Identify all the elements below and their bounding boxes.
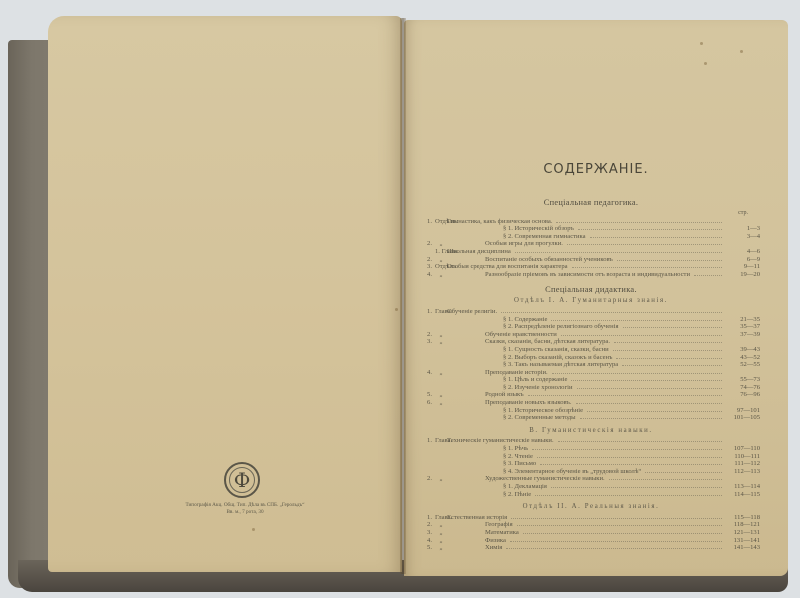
toc-entry: § 2. Современные методы101—105 [422,414,760,422]
entry-pages: 113—114 [726,483,760,491]
toc-entry: § 1. Рѣчь107—110 [422,445,760,453]
entry-title: § 2. Выборъ сказаній, сказокъ и басенъ [447,354,612,362]
toc-entry: 1.Глава.Обученіе религіи. [422,308,760,316]
dot-leader [515,252,722,253]
entry-label: Отдѣлъ. [435,263,447,271]
entry-pages: 1—3 [726,225,760,233]
dot-leader [552,373,722,374]
entry-title: § 1. Историческое обозрѣніе [447,407,583,415]
entry-title: § 2. Пѣніе [447,491,531,499]
section-entries: 1.Глава.Обученіе религіи.§ 1. Содержаніе… [422,308,760,422]
entry-title: § 3. Такъ называемая дѣтская литература [447,361,618,369]
entry-label: Глава. [435,437,447,445]
dot-leader [540,464,722,465]
entry-title: § 1. Декламація [447,483,547,491]
printer-imprint: Типографія Акц. Общ. Тип. Дѣла въ СПБ. „… [150,502,340,516]
entry-label: „ [435,240,447,248]
dot-leader [506,548,722,549]
toc-entry: § 2. Распредѣленіе религіознаго обученія… [422,323,760,331]
toc-entry: 2.„Географія118—121 [422,521,760,529]
dot-leader [590,237,722,238]
left-page [48,16,402,572]
entry-title: § 4. Элементарное обученіе въ „трудовой … [447,468,641,476]
foxing-spot [704,62,707,65]
foxing-spot [700,42,703,45]
entry-number: 2. [422,521,435,529]
entry-pages: 76—96 [726,391,760,399]
entry-title: Обученіе нравственности [447,331,557,339]
entry-pages: 4—6 [726,248,760,256]
entry-pages: 121—131 [726,529,760,537]
dot-leader [614,342,722,343]
toc-entry: § 1. Историческое обозрѣніе97—101 [422,407,760,415]
toc-entry: 4.„Разнообразіе пріемовъ въ зависимости … [422,271,760,279]
entry-label: „ [435,338,447,346]
dot-leader [551,320,722,321]
toc-entry: § 3. Такъ называемая дѣтская литература5… [422,361,760,369]
foxing-spot [740,50,743,53]
entry-title: Техническіе гуманистическіе навыки. [447,437,554,445]
entry-pages: 114—115 [726,491,760,499]
dot-leader [694,275,722,276]
entry-title: Физика [447,537,506,545]
dot-leader [523,533,722,534]
dot-leader [532,449,722,450]
entry-title: Воспитаніе особыхъ обязанностей учеников… [447,256,613,264]
toc-entry: § 3. Письмо111—112 [422,460,760,468]
toc-entry: 1.Отдѣлъ.Гимнастика, какъ физическая осн… [422,218,760,226]
dot-leader [510,541,722,542]
entry-label: „ [435,391,447,399]
toc-entry: 4.„Физика131—141 [422,537,760,545]
toc-entry: 1.Глава.Естественная исторія115—118 [422,514,760,522]
entry-number: 1. [422,514,435,522]
toc-entry: § 1. Историческій обзоръ1—3 [422,225,760,233]
section-heading: Спеціальная педагогика. [422,197,760,208]
entry-title: Математика [447,529,519,537]
entry-number: 2. [422,240,435,248]
entry-title: § 2. Изученіе хронологіи [447,384,573,392]
dot-leader [572,267,722,268]
entry-title: Родной языкъ [447,391,524,399]
toc-entry: § 2. Чтеніе110—111 [422,453,760,461]
book-gutter [400,18,406,574]
entry-label: „ [435,544,447,552]
toc-entry: § 2. Пѣніе114—115 [422,491,760,499]
entry-title: § 1. Сущность сказанія, сказки, басни [447,346,609,354]
entry-pages: 9—11 [726,263,760,271]
page-column-label: стр. [422,210,760,218]
entry-title: Химія [447,544,502,552]
toc-entry: § 1. Цѣль и содержаніе55—73 [422,376,760,384]
entry-number: 2. [422,256,435,264]
subsection-heading: В. Гуманистическія навыки. [422,427,760,435]
entry-title: Географія [447,521,513,529]
entry-number: 5. [422,544,435,552]
entry-pages: 52—55 [726,361,760,369]
toc-entry: 5.„Родной языкъ76—96 [422,391,760,399]
toc-entry: § 1. Декламація113—114 [422,483,760,491]
toc-entry: 3.„Математика121—131 [422,529,760,537]
toc-entry: 2.„Художественные гуманистическіе навыки… [422,475,760,483]
entry-label: „ [435,256,447,264]
subsection-heading: Отдѣлъ I. А. Гуманитарныя знанія. [422,297,760,305]
dot-leader [578,229,722,230]
entry-title: Естественная исторія [447,514,507,522]
imprint-line-2: Вв. м., 7 рота, 30 [150,509,340,516]
dot-leader [587,411,722,412]
dot-leader [567,244,722,245]
dot-leader [528,395,722,396]
entry-pages: 115—118 [726,514,760,522]
dot-leader [537,457,722,458]
toc-entry: § 2. Современная гимнастика3—4 [422,233,760,241]
entry-number: 2. [422,331,435,339]
entry-label: Отдѣлъ. [435,218,447,226]
entry-pages: 118—121 [726,521,760,529]
toc-entry: 1. Глава.Школьная дисциплина4—6 [422,248,760,256]
entry-title: § 2. Современная гимнастика [447,233,586,241]
entry-number: 1. [422,437,435,445]
entry-number: 5. [422,391,435,399]
section-entries: 1.Глава.Естественная исторія115—1182.„Ге… [422,514,760,552]
dot-leader [551,487,722,488]
entry-title: § 2. Чтеніе [447,453,533,461]
entry-pages: 6—9 [726,256,760,264]
toc-title: СОДЕРЖАНІЕ. [404,162,788,177]
entry-title: § 1. Содержаніе [447,316,547,324]
entry-number: 2. [422,475,435,483]
entry-pages: 101—105 [726,414,760,422]
entry-label: „ [435,521,447,529]
toc-entry: § 2. Изученіе хронологіи74—76 [422,384,760,392]
entry-title: § 2. Современные методы [447,414,576,422]
entry-pages: 43—52 [726,354,760,362]
entry-label: „ [435,529,447,537]
entry-number: 1. [422,218,435,226]
entry-pages: 74—76 [726,384,760,392]
toc-entry: 1.Глава.Техническіе гуманистическіе навы… [422,437,760,445]
entry-number: 3. [422,263,435,271]
dot-leader [561,335,722,336]
entry-pages: 111—112 [726,460,760,468]
entry-title: Особыя средства для воспитанія характера [447,263,568,271]
dot-leader [576,403,722,404]
entry-title: Гимнастика, какъ физическая основа. [447,218,552,226]
entry-number: 4. [422,271,435,279]
entry-title: Преподаваніе исторіи. [447,369,548,377]
dot-leader [511,518,722,519]
dot-leader [609,479,722,480]
entry-number: 4. [422,537,435,545]
entry-title: § 1. Цѣль и содержаніе [447,376,567,384]
dot-leader [580,418,722,419]
entry-pages: 112—113 [726,468,760,476]
entry-pages: 21—35 [726,316,760,324]
toc-entry: 2.„Обученіе нравственности37—39 [422,331,760,339]
foxing-spot [252,528,255,531]
entry-number: 1. [422,308,435,316]
entry-label: Глава. [435,308,447,316]
entry-number: 3. [422,529,435,537]
entry-label: „ [435,369,447,377]
entry-number: 4. [422,369,435,377]
section-entries: 1.Глава.Техническіе гуманистическіе навы… [422,437,760,498]
entry-title: Особыя игры для прогулки. [447,240,563,248]
entry-number: 6. [422,399,435,407]
dot-leader [613,350,722,351]
toc-entry: § 1. Содержаніе21—35 [422,316,760,324]
toc-entry: 4.„Преподаваніе исторіи. [422,369,760,377]
entry-title: Обученіе религіи. [447,308,497,316]
entry-title: Сказки, сказанія, басни, дѣтская литерат… [447,338,610,346]
dot-leader [517,525,722,526]
entry-number: 3. [422,338,435,346]
dot-leader [535,495,722,496]
entry-label: 1. Глава. [435,248,447,256]
entry-title: Разнообразіе пріемовъ въ зависимости отъ… [447,271,690,279]
foxing-spot [395,308,398,311]
printer-device-icon: Ф [224,462,260,498]
toc-entry: § 1. Сущность сказанія, сказки, басни39—… [422,346,760,354]
entry-label: „ [435,271,447,279]
subsection-heading: Отдѣлъ II. А. Реальныя знанія. [422,503,760,511]
section-heading: Спеціальная дидактика. [422,284,760,295]
entry-pages: 3—4 [726,233,760,241]
toc-entry: 2.„Воспитаніе особыхъ обязанностей учени… [422,256,760,264]
dot-leader [501,312,722,313]
dot-leader [556,222,722,223]
entry-title: § 2. Распредѣленіе религіознаго обученія [447,323,619,331]
entry-pages: 141—143 [726,544,760,552]
toc-entry: 2.„Особыя игры для прогулки. [422,240,760,248]
entry-title: § 3. Письмо [447,460,536,468]
section-entries: 1.Отдѣлъ.Гимнастика, какъ физическая осн… [422,218,760,279]
dot-leader [623,327,722,328]
entry-label: „ [435,399,447,407]
entry-title: § 1. Рѣчь [447,445,528,453]
entry-title: Школьная дисциплина [447,248,511,256]
dot-leader [616,358,722,359]
printer-mark-glyph: Ф [226,468,258,492]
toc-entry: 5.„Химія141—143 [422,544,760,552]
entry-pages: 131—141 [726,537,760,545]
toc-entry: 3.„Сказки, сказанія, басни, дѣтская лите… [422,338,760,346]
toc-entry: § 4. Элементарное обученіе въ „трудовой … [422,468,760,476]
entry-pages: 55—73 [726,376,760,384]
entry-label: „ [435,475,447,483]
entry-label: Глава. [435,514,447,522]
entry-pages: 37—39 [726,331,760,339]
entry-pages: 19—20 [726,271,760,279]
dot-leader [645,472,722,473]
dot-leader [622,365,722,366]
entry-title: Художественные гуманистическіе навыки. [447,475,605,483]
imprint-line-1: Типографія Акц. Общ. Тип. Дѣла въ СПБ. „… [150,502,340,509]
entry-label: „ [435,537,447,545]
dot-leader [617,260,722,261]
toc-entry: § 2. Выборъ сказаній, сказокъ и басенъ43… [422,354,760,362]
toc-entry: 6.„Преподаваніе новыхъ языковъ. [422,399,760,407]
entry-title: Преподаваніе новыхъ языковъ. [447,399,572,407]
entry-title: § 1. Историческій обзоръ [447,225,574,233]
entry-label: „ [435,331,447,339]
entry-pages: 97—101 [726,407,760,415]
entry-pages: 39—43 [726,346,760,354]
entry-pages: 35—37 [726,323,760,331]
entry-pages: 110—111 [726,453,760,461]
table-of-contents: Спеціальная педагогика. стр. 1.Отдѣлъ.Ги… [422,196,760,552]
dot-leader [577,388,722,389]
entry-pages: 107—110 [726,445,760,453]
dot-leader [558,441,722,442]
dot-leader [571,380,722,381]
toc-entry: 3.Отдѣлъ.Особыя средства для воспитанія … [422,263,760,271]
